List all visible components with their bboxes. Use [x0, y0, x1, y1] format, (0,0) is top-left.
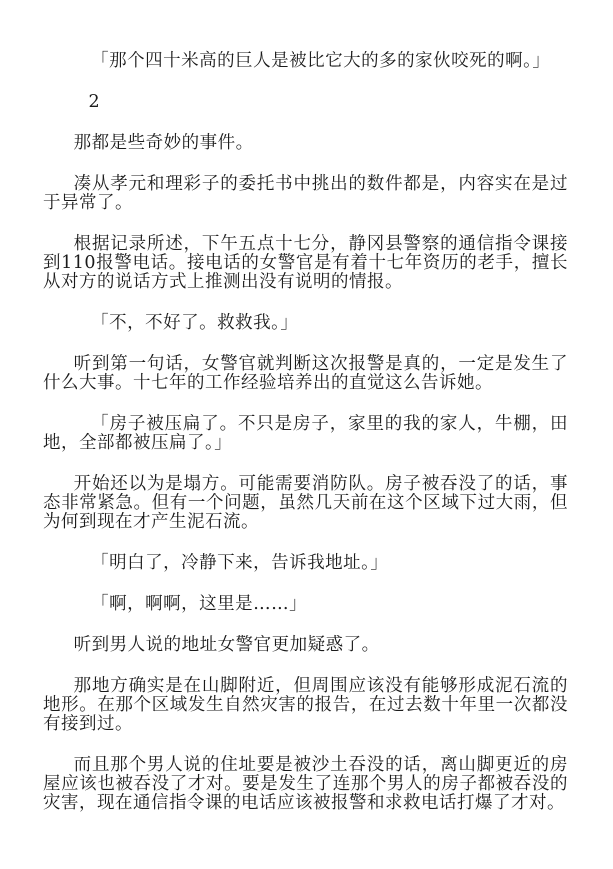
paragraph: 听到第一句话，女警官就判断这次报警是真的，一定是发生了什么大事。十七年的工作经验… [43, 355, 568, 393]
paragraph: 那都是些奇妙的事件。 [43, 134, 568, 153]
paragraph: 「明白了，冷静下来，告诉我地址。」 [43, 554, 568, 573]
section-number: 2 [43, 93, 568, 112]
paragraph: 根据记录所述，下午五点十七分，静冈县警察的通信指令课接到110报警电话。接电话的… [43, 235, 568, 292]
novel-page: 「那个四十米高的巨人是被比它大的多的家伙咬死的啊。」2那都是些奇妙的事件。凑从孝… [0, 0, 613, 869]
paragraph: 听到男人说的地址女警官更加疑惑了。 [43, 636, 568, 655]
paragraph: 那地方确实是在山脚附近，但周围应该没有能够形成泥石流的地形。在那个区域发生自然灾… [43, 677, 568, 734]
paragraph: 开始还以为是塌方。可能需要消防队。房子被吞没了的话，事态非常紧急。但有一个问题，… [43, 475, 568, 532]
paragraph: 凑从孝元和理彩子的委托书中挑出的数件都是，内容实在是过于异常了。 [43, 175, 568, 213]
paragraph: 「房子被压扁了。不只是房子，家里的我的家人，牛棚，田地，全部都被压扁了。」 [43, 415, 568, 453]
paragraph: 「那个四十米高的巨人是被比它大的多的家伙咬死的啊。」 [43, 52, 568, 71]
paragraph: 「啊，啊啊，这里是……」 [43, 595, 568, 614]
paragraph: 而且那个男人说的住址要是被沙土吞没的话，离山脚更近的房屋应该也被吞没了才对。要是… [43, 756, 568, 813]
paragraph: 「不，不好了。救救我。」 [43, 314, 568, 333]
novel-text-block: 「那个四十米高的巨人是被比它大的多的家伙咬死的啊。」2那都是些奇妙的事件。凑从孝… [43, 52, 568, 835]
